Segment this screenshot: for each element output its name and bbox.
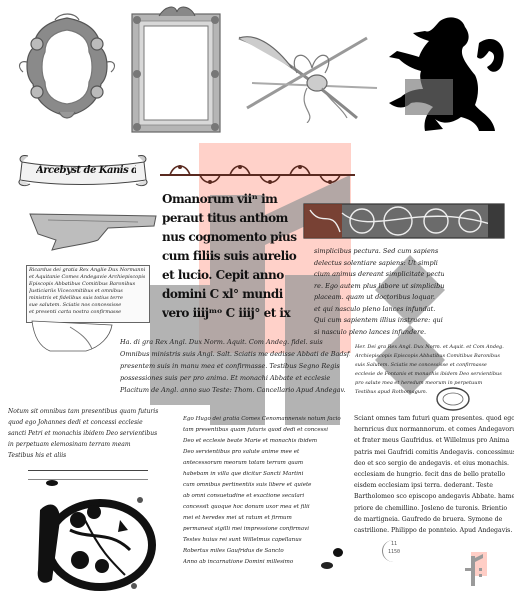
charter-line: sue salutem. Sciatis nos concessisse [29, 302, 145, 308]
watermark-logo-small-icon [465, 552, 487, 586]
carolingian-line: et qui nasculo pleno lances infundat. [314, 305, 444, 317]
carolingian-line: delectus solentiare sapiens: Ut simpli [314, 259, 444, 271]
charter-bottom-right: Sciant omnes tam futuri quam presentes. … [354, 415, 514, 550]
charter-line: quod ego Johannes dedi et concessi eccle… [8, 419, 168, 426]
charter-line: ecclesiam de hungrio. fecit dns de bello… [354, 471, 514, 482]
ink-blot [321, 562, 333, 569]
rectangular-ornate-frame-icon [129, 6, 225, 136]
charter-line: Episcopis Abbatibus Comitibus Baronibus [29, 281, 145, 287]
gothic-line: nus cognomento pius [162, 230, 302, 249]
charter-line: Justiciariis Vicecomitibus et omnibus [29, 288, 145, 294]
gothic-line: vero iiijᵐᵒ C iiij° et ix [162, 306, 302, 325]
charter-line: Testes huius rei sunt Willelmus capellan… [183, 537, 348, 543]
scroll-banner-text: Arcebyst de Kanis dugne [36, 165, 136, 176]
gothic-line: et lucio. Cepit anno [162, 268, 302, 287]
charter-bottom-left: Notum sit omnibus tam presentibus quam f… [8, 408, 173, 488]
heraldic-lion-icon [383, 13, 511, 138]
charter-line: Robertus miles Gaufridus de Sancto [183, 548, 348, 554]
gothic-line: cum filiis suis aurelio [162, 249, 302, 268]
charter-line: Deo et ecclesie beate Marie et monachis … [183, 438, 348, 444]
charter-line: suis Salutem. Sciatis me concessisse et … [355, 362, 510, 368]
charter-line: Ricardus dei gratia Rex Anglie Dux Norma… [29, 267, 145, 273]
gothic-line: peraut titus anthom [162, 211, 302, 230]
charter-line: deo et sco sergio de andegavis. et eius … [354, 460, 514, 471]
charter-line: priore de chemillino. Josleno de turonis… [354, 505, 514, 516]
charter-line: Her. Dei gra Rex Angl. Dux Norm. et Aqui… [355, 344, 510, 350]
charter-line: et presenti carta nostra confirmasse [29, 309, 145, 315]
charter-line: Placitum de Angl. anno suo Teste: Thom. … [120, 386, 350, 394]
charter-right: Her. Dei gra Rex Angl. Dux Norm. et Aqui… [355, 344, 510, 414]
charter-line: concessit quoque hoc donum uxor mea et f… [183, 504, 348, 510]
charter-line: patris mei Gaufridi comitis Andegavis. c… [354, 449, 514, 460]
archive-stamp-number: 11 [383, 540, 405, 548]
charter-line: castrilione. Philippo de ponnteio. Apud … [354, 527, 514, 538]
scroll-banner: Arcebyst de Kanis dugne [16, 150, 150, 190]
illuminated-floral-initial-icon [30, 490, 160, 595]
charter-bottom-middle: Ego Hugo dei gratia Comes Cenomannensis … [183, 416, 348, 576]
charter-line: Bartholomeo sco episcopo andegavis Abbat… [354, 493, 514, 504]
charter-line: possessiones suis per pro anima. Et mona… [120, 374, 350, 382]
carolingian-line: Qui cum sapientem illius instruere: qui [314, 316, 444, 328]
charter-fold-lines [28, 470, 148, 480]
illuminated-interlace-border-icon [302, 198, 508, 244]
charter-line: de martigneia. Gaufredo de bruera. Symon… [354, 516, 514, 527]
ink-blot [46, 480, 58, 486]
carolingian-line: re. Ego autem plus labore ut simplicibus [314, 282, 444, 294]
charter-line: Notum sit omnibus tam presentibus quam f… [8, 408, 168, 415]
charter-line: ecclesie de Fontanis et monachis ibidem … [355, 371, 510, 377]
charter-line: habebam in villa que dicitur Sancti Mart… [183, 471, 348, 477]
ink-blot [333, 548, 343, 557]
charter-line: Testibus his et aliis [8, 452, 168, 459]
charter-line: cum omnibus pertinentiis suis libere et … [183, 482, 348, 488]
ornate-cartouche-frame-icon [15, 12, 120, 120]
wax-seal-icon [435, 386, 471, 412]
gothic-line: Omanorum viiⁿ im [162, 192, 302, 211]
charter-line: mei et heredes mei ut ratum et firmum [183, 515, 348, 521]
charter-line: Testibus apud Rothomagum. [355, 389, 510, 395]
charter-line: Deo servientibus pro salute anime mee et [183, 449, 348, 455]
carolingian-line: placeam. quam ut doctoribus loquar. [314, 293, 444, 305]
charter-line: sancti Petri et monachis ibidem Deo serv… [8, 430, 168, 437]
torn-ribbon-scroll-icon [28, 210, 158, 252]
carolingian-line: simplicibus pectura. Sed cum sapiens [314, 247, 444, 259]
charter-line: antecessorum meorum totam terram quam [183, 460, 348, 466]
charter-line: hernricus dux normannorum. et comes Ande… [354, 426, 514, 437]
charter-line: Archiepiscopis Episcopis Abbatibus Comit… [355, 353, 510, 359]
charter-line: Ha. di gra Rex Angl. Dux Norm. Aquit. Co… [120, 338, 350, 346]
charter-line: Sciant omnes tam futuri quam presentes. … [354, 415, 514, 426]
crossed-quills-icon [237, 28, 387, 123]
charter-line: in perpetuam elemosinam terram meam [8, 441, 168, 448]
seal-tag-icon [30, 319, 116, 353]
charter-line: eisdem ecclesiam ipsi terra. dederant. T… [354, 482, 514, 493]
charter-line: et frater meus Gaufridus. et Willelmus p… [354, 437, 514, 448]
charter-line: tam presentibus quam futuris quod dedi e… [183, 427, 348, 433]
charter-line: presentem suis in manu mea et confirmass… [120, 362, 350, 370]
charter-line: permaneat sigilli mei impressione confir… [183, 526, 348, 532]
carolingian-manuscript-text: simplicibus pectura. Sed cum sapiens del… [314, 247, 444, 339]
archive-stamp-year: 1150 [383, 548, 405, 556]
charter-middle: Ha. di gra Rex Angl. Dux Norm. Aquit. Co… [120, 338, 350, 408]
charter-line: pro salute mea et heredum meorum in perp… [355, 380, 510, 386]
archive-stamp: 11 1150 [382, 540, 405, 562]
charter-line: Ego Hugo dei gratia Comes Cenomannensis … [183, 416, 348, 422]
carolingian-line: cium animus dereant simplicitate pectu [314, 270, 444, 282]
charter-line: et Aquitanie Comes Andegavie Archiepisco… [29, 274, 145, 280]
charter-line: Omnibus ministris suis Angl. Salt. Sciat… [120, 350, 350, 358]
gothic-manuscript-text: Omanorum viiⁿ im peraut titus anthom nus… [162, 192, 302, 325]
charter-line: ministris et fidelibus suis totius terre [29, 295, 145, 301]
gothic-line: domini C xl° mundi [162, 287, 302, 306]
thorn-vine-border-icon [160, 161, 355, 185]
charter-line: ab omni consuetudine et exactione secula… [183, 493, 348, 499]
